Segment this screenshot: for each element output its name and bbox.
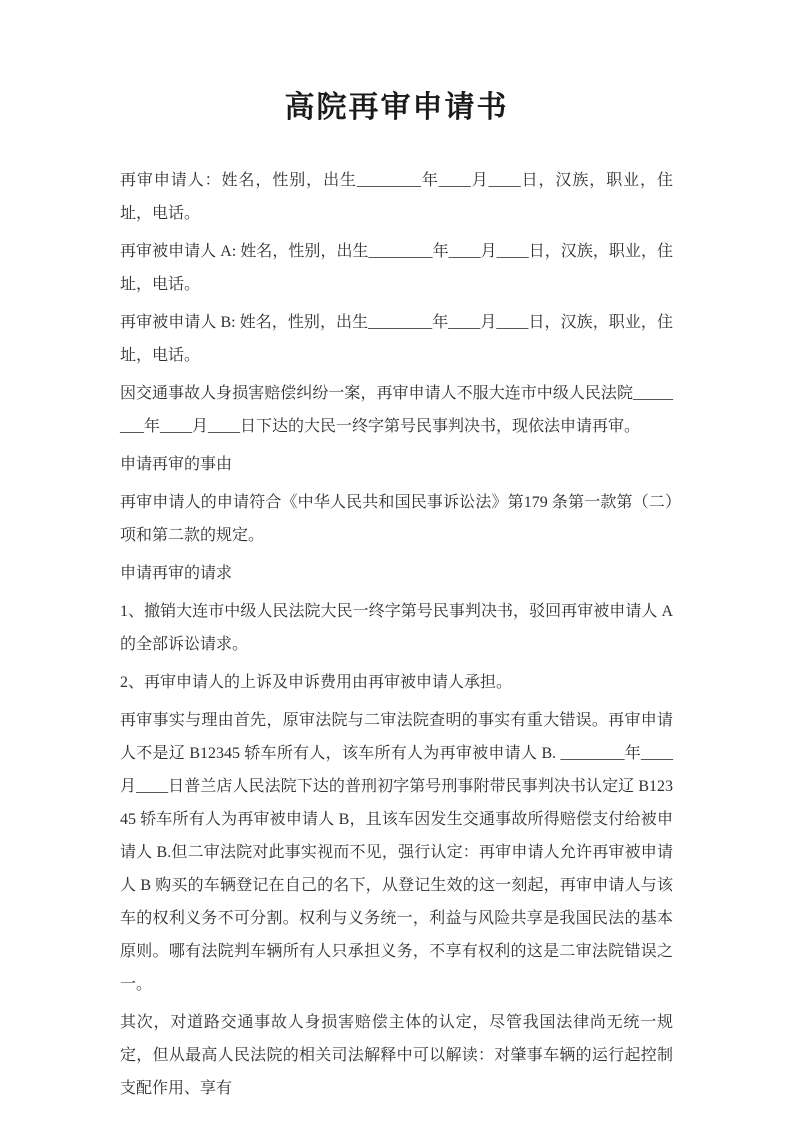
paragraph: 申请再审的事由 (120, 448, 673, 481)
paragraph: 1、撤销大连市中级人民法院大民一终字第号民事判决书，驳回再审被申请人 A 的全部… (120, 595, 673, 661)
document-title: 高院再审申请书 (120, 88, 673, 128)
paragraph: 再审被申请人 A: 姓名，性别，出生________年____月____日，汉族… (120, 235, 673, 301)
paragraph: 再审事实与理由首先，原审法院与二审法院查明的事实有重大错误。再审申请人不是辽 B… (120, 704, 673, 1001)
paragraph: 再审申请人的申请符合《中华人民共和国民事诉讼法》第179 条第一款第（二）项和第… (120, 486, 673, 552)
paragraph: 再审申请人：姓名，性别，出生________年____月____日，汉族，职业，… (120, 164, 673, 230)
document-page: 高院再审申请书 再审申请人：姓名，性别，出生________年____月____… (0, 0, 793, 1122)
paragraph: 再审被申请人 B: 姓名，性别，出生________年____月____日，汉族… (120, 306, 673, 372)
paragraph: 其次，对道路交通事故人身损害赔偿主体的认定，尽管我国法律尚无统一规定，但从最高人… (120, 1006, 673, 1105)
document-body: 再审申请人：姓名，性别，出生________年____月____日，汉族，职业，… (120, 164, 673, 1105)
paragraph: 申请再审的请求 (120, 557, 673, 590)
paragraph: 因交通事故人身损害赔偿纠纷一案，再审申请人不服大连市中级人民法院________… (120, 377, 673, 443)
paragraph: 2、再审申请人的上诉及申诉费用由再审被申请人承担。 (120, 666, 673, 699)
